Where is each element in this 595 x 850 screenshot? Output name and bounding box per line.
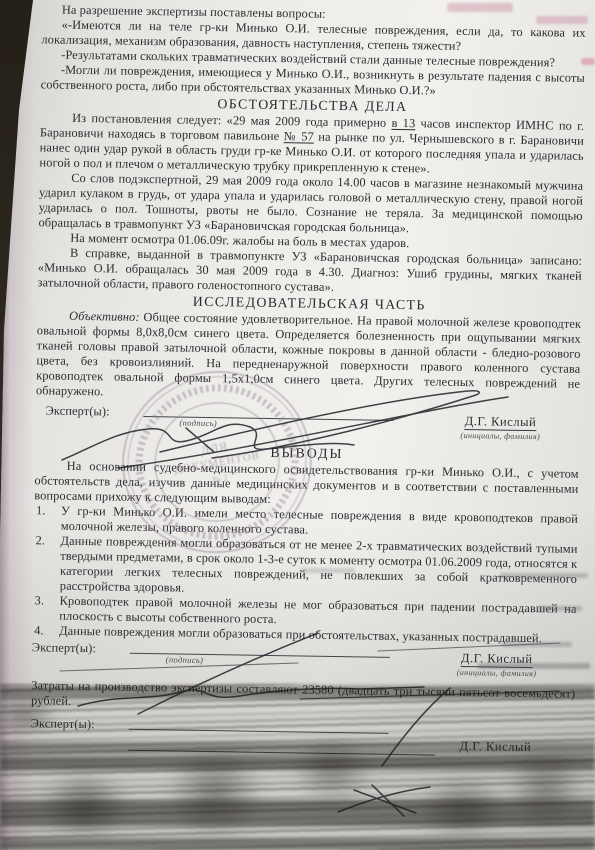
document-page: На разрешение экспертизы поставлены вопр… [0,0,595,850]
expert-name-area: Д.Г. Кислый (инициалы, фамилия) [421,409,579,442]
smudge-band [0,838,595,850]
case-paragraph-1: Из постановления следует: «29 мая 2009 г… [39,110,584,179]
expert-name-area: Д.Г. Кислый (инициалы, фамилия) [417,646,575,679]
name-caption: (инициалы, фамилия) [417,666,575,679]
item-number: 1. [34,503,61,533]
expert-signature-block-2: Эксперт(ы): (подпись) Д.Г. Кислый (иници… [31,640,575,685]
item-number: 4. [32,623,59,638]
expert-name-area: Д.Г. Кислый [416,722,574,755]
costs-paragraph: Затраты на производство экспертизы соста… [31,678,575,717]
expert-label: Эксперт(ы): [35,403,131,420]
photo-of-document: { "colors": { "paper": "#efeeea", "ink":… [0,0,595,850]
item-text: Данные повреждения могли образоваться от… [60,534,578,602]
name-caption: (инициалы, фамилия) [421,429,579,442]
signature-scrawl-3 [338,785,430,816]
research-paragraph: Объективно: Общее состояние удовлетворит… [36,308,581,407]
item-number: 2. [33,533,61,593]
conclusion-item-2: 2. Данные повреждения могли образоваться… [33,533,578,602]
expert-name: Д.Г. Кислый [465,414,537,431]
smudge-band [0,800,595,826]
signature-area: (подпись) [118,642,418,670]
expert-name: Д.Г. Кислый [459,739,531,755]
item-number: 3. [32,593,59,623]
signature-line-2 [128,739,435,756]
smudge-blob [40,770,130,840]
research-lead: Объективно: [69,309,140,324]
signature-area [116,718,416,756]
signature-area: (подпись) [131,405,421,433]
expert-label: Эксперт(ы): [31,716,117,732]
expert-signature-block-3: Эксперт(ы): Д.Г. Кислый [30,716,574,761]
expert-signature-block-1: Эксперт(ы): (подпись) Д.Г. Кислый (иници… [35,403,579,448]
signature-line [129,718,389,734]
case-paragraph-2: Со слов подэкспертной, 29 мая 2009 года … [38,170,583,239]
expert-label: Эксперт(ы): [32,640,118,656]
smudge-blob [415,775,510,840]
case-paragraph-4: В справке, выданной в травмопункте УЗ «Б… [37,245,582,299]
expert-name: Д.Г. Кислый [461,651,533,668]
smudge-blob [165,745,265,840]
document-text: На разрешение экспертизы поставлены вопр… [30,2,586,762]
